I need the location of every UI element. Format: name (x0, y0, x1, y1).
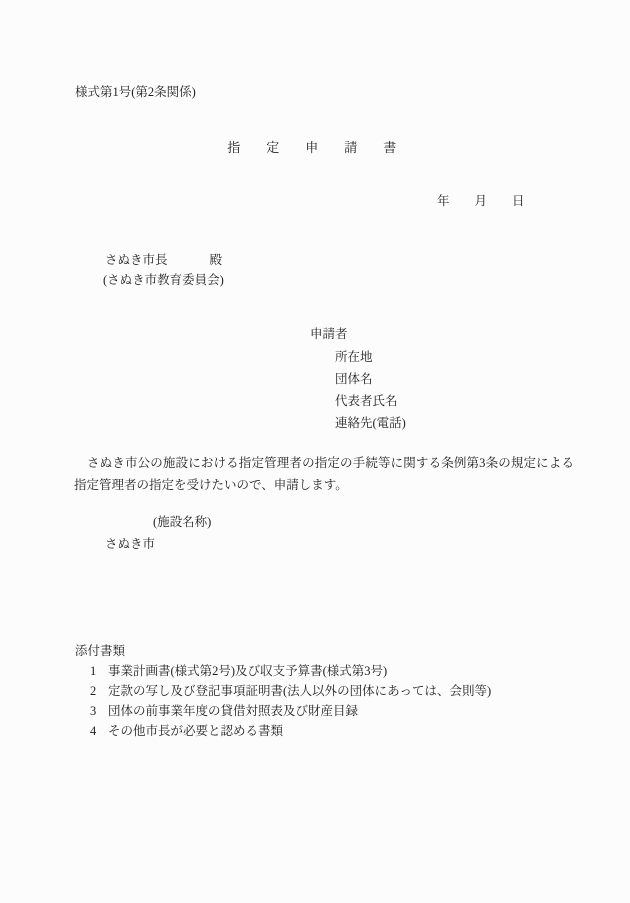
attachment-text: 定款の写し及び登記事項証明書(法人以外の団体にあっては、会則等) (108, 684, 491, 698)
attachments-heading: 添付書類 (75, 641, 125, 659)
attachment-text: 団体の前事業年度の貸借対照表及び財産目録 (108, 704, 358, 718)
addressee-line: さぬき市長殿 (105, 250, 222, 268)
attachment-item: 3団体の前事業年度の貸借対照表及び財産目録 (90, 701, 358, 719)
form-number: 様式第1号(第2条関係) (75, 82, 196, 100)
body-paragraph: さぬき市公の施設における指定管理者の指定の手続等に関する条例第3条の規定による指… (74, 452, 574, 496)
applicant-field-representative: 代表者氏名 (335, 391, 398, 409)
document-title: 指 定 申 請 書 (0, 137, 630, 156)
attachment-text: 事業計画書(様式第2号)及び収支予算書(様式第3号) (108, 664, 387, 678)
applicant-label: 申請者 (310, 324, 348, 342)
attachment-number: 1 (90, 664, 108, 679)
date-line: 年 月 日 (437, 191, 525, 209)
attachment-number: 3 (90, 704, 108, 719)
facility-name-label: (施設名称) (153, 512, 211, 530)
applicant-field-address: 所在地 (335, 347, 373, 365)
addressee-honorific: 殿 (210, 253, 223, 267)
applicant-field-organization: 団体名 (335, 369, 373, 387)
addressee-sub: (さぬき市教育委員会) (103, 270, 224, 288)
attachment-text: その他市長が必要と認める書類 (108, 724, 283, 738)
document-page: 様式第1号(第2条関係) 指 定 申 請 書 年 月 日 さぬき市長殿 (さぬき… (0, 0, 630, 903)
attachment-item: 1事業計画書(様式第2号)及び収支予算書(様式第3号) (90, 661, 387, 679)
attachment-number: 4 (90, 724, 108, 739)
addressee-name: さぬき市長 (105, 253, 168, 267)
attachment-item: 2定款の写し及び登記事項証明書(法人以外の団体にあっては、会則等) (90, 681, 491, 699)
attachment-item: 4その他市長が必要と認める書類 (90, 721, 283, 739)
applicant-field-contact: 連絡先(電話) (335, 413, 406, 431)
attachment-number: 2 (90, 684, 108, 699)
facility-name-value: さぬき市 (105, 534, 155, 552)
